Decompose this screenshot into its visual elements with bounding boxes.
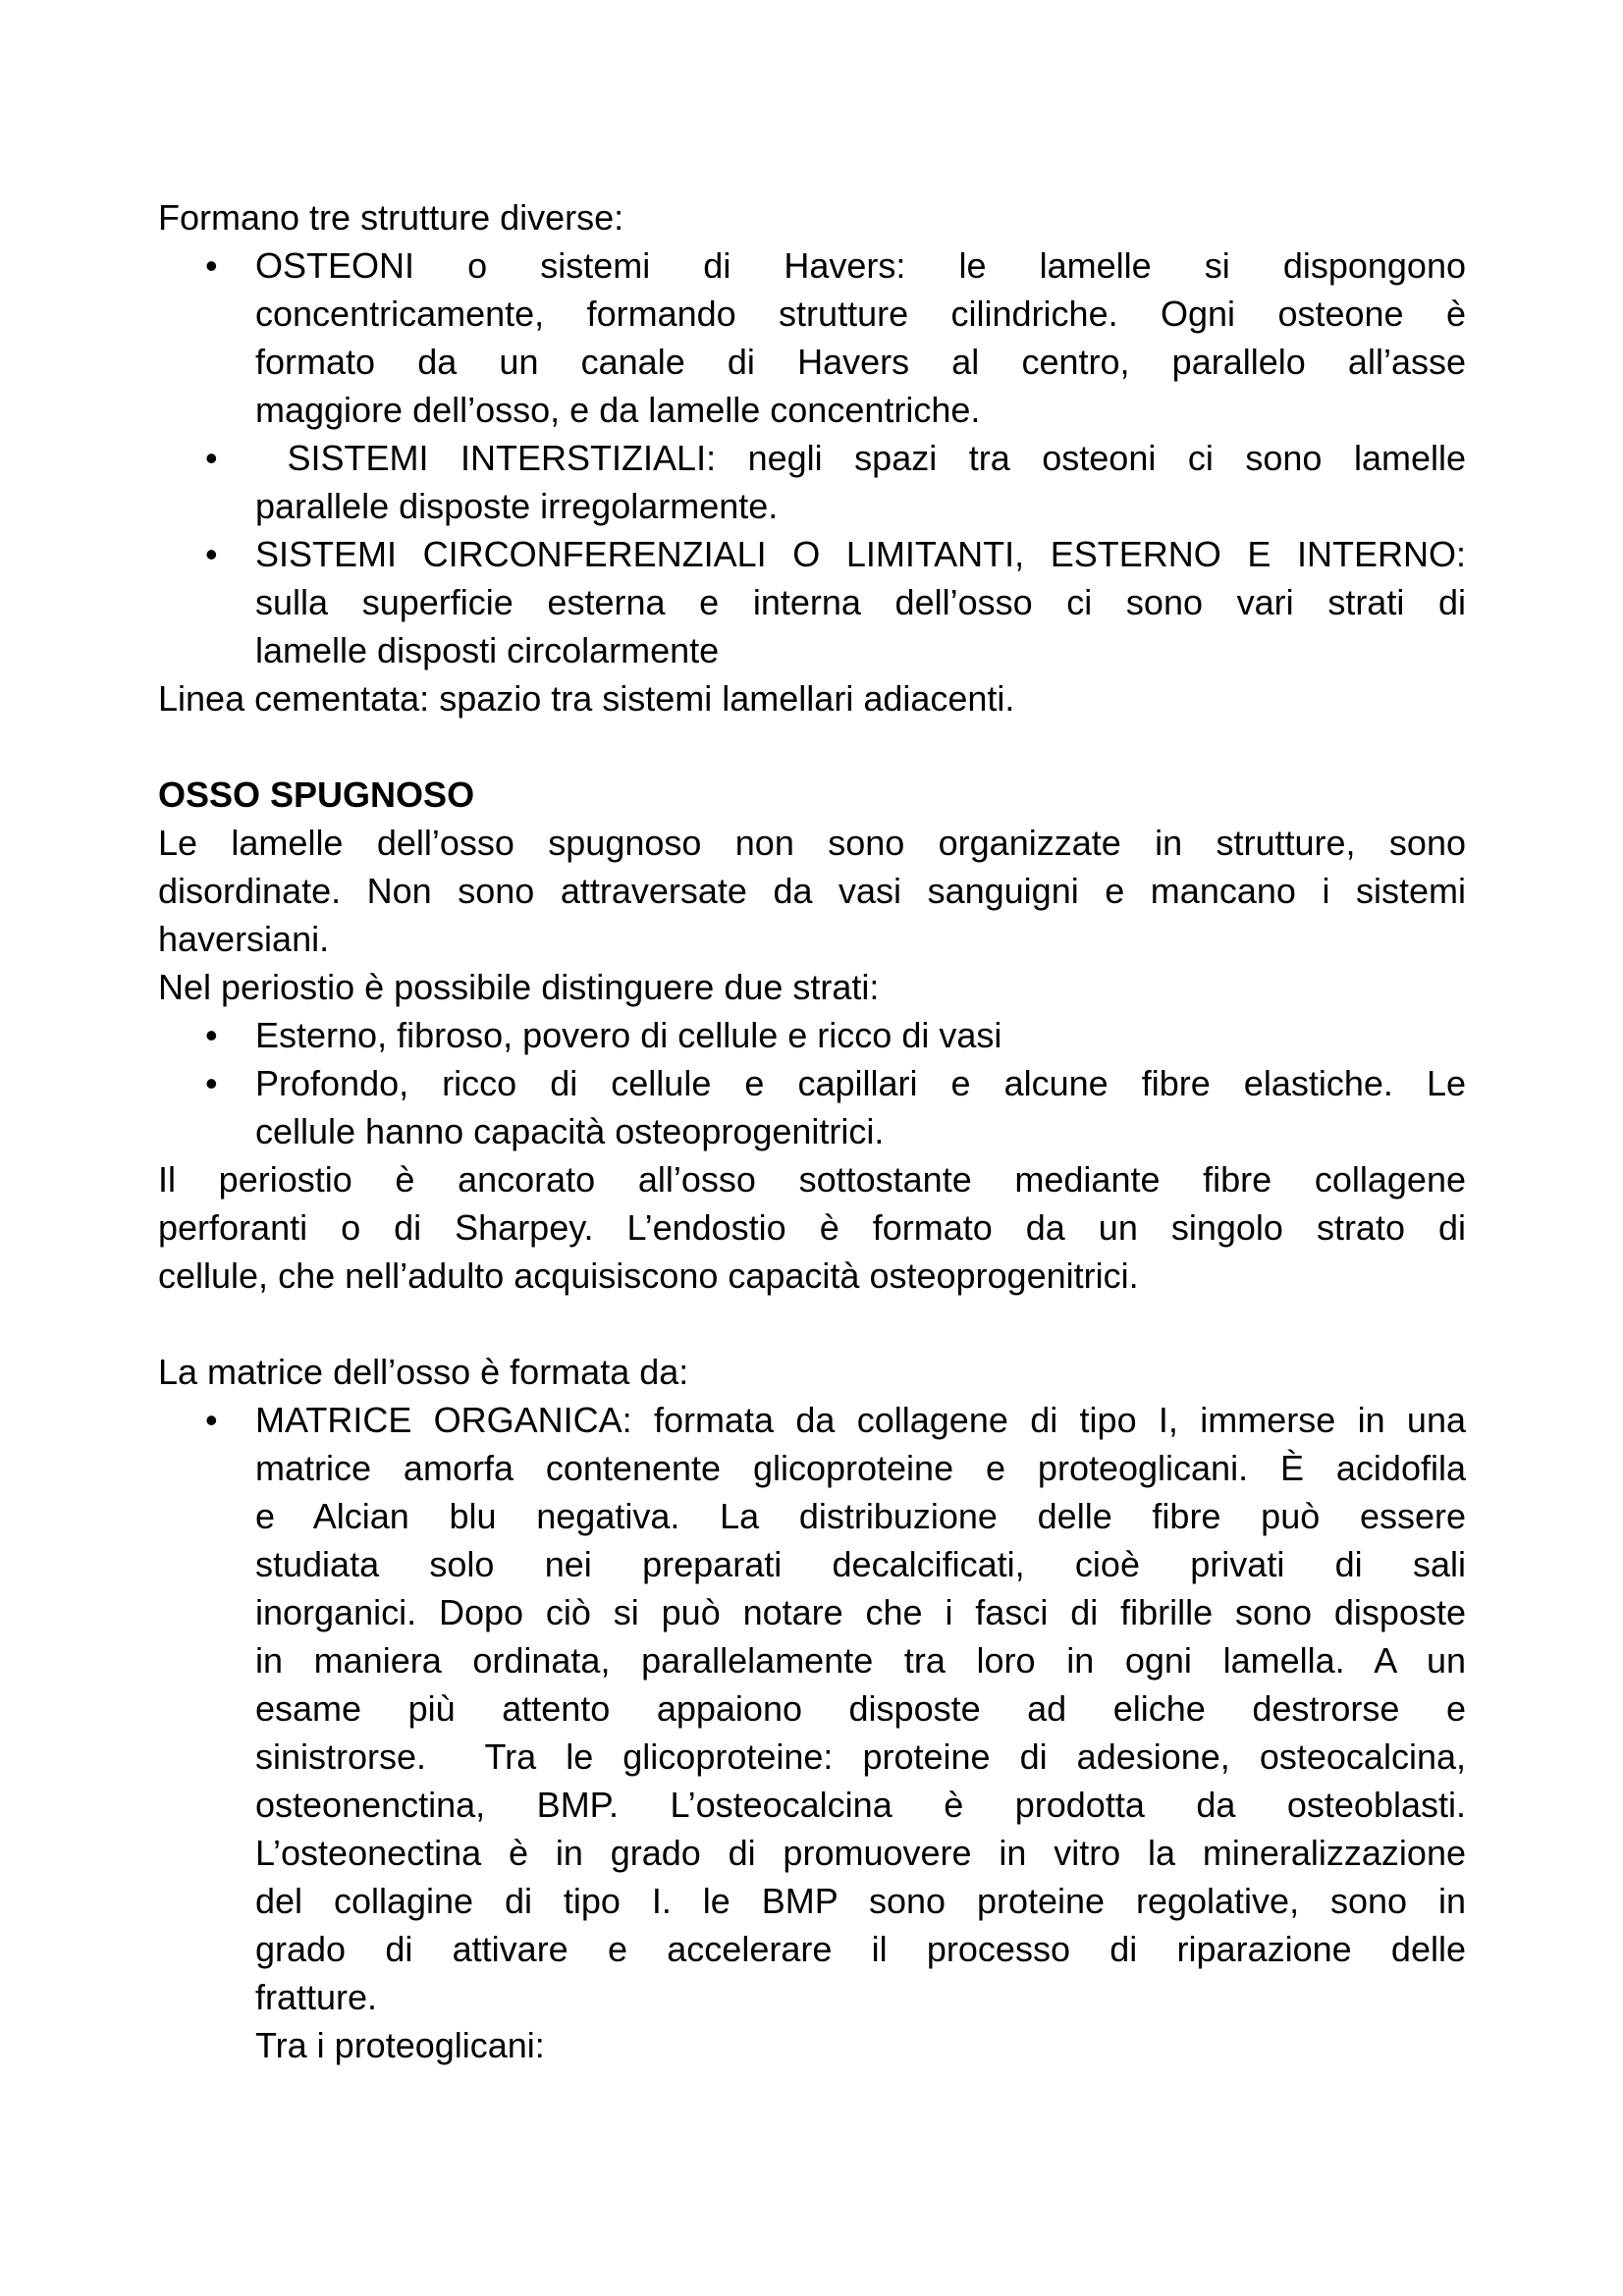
document-content: Formano tre strutture diverse:•OSTEONI o… [158, 193, 1466, 2069]
bullet-icon: • [205, 1011, 218, 1059]
text-line: inorganici. Dopo ciò si può notare che i… [255, 1588, 1466, 1636]
text-line: in maniera ordinata, parallelamente tra … [255, 1636, 1466, 1684]
text-line: maggiore dell’osso, e da lamelle concent… [255, 386, 1466, 434]
bullet-item: • SISTEMI INTERSTIZIALI: negli spazi tra… [255, 434, 1466, 530]
indented-paragraph: Tra i proteoglicani: [255, 2021, 1466, 2069]
text-line: haversiani. [158, 915, 1466, 963]
text-line: matrice amorfa contenente glicoproteine … [255, 1444, 1466, 1492]
text-line: Formano tre strutture diverse: [158, 193, 1466, 241]
section-heading: OSSO SPUGNOSO [158, 771, 1466, 819]
bullet-icon: • [205, 1059, 218, 1107]
bullet-item: •OSTEONI o sistemi di Havers: le lamelle… [255, 241, 1466, 434]
text-line: Nel periostio è possibile distinguere du… [158, 963, 1466, 1011]
text-line: del collagine di tipo I. le BMP sono pro… [255, 1877, 1466, 1925]
text-line: Tra i proteoglicani: [255, 2021, 1466, 2069]
text-line: SISTEMI INTERSTIZIALI: negli spazi tra o… [255, 434, 1466, 482]
bullet-item: •MATRICE ORGANICA: formata da collagene … [255, 1396, 1466, 2021]
paragraph: Il periostio è ancorato all’osso sottost… [158, 1155, 1466, 1300]
text-line: Le lamelle dell’osso spugnoso non sono o… [158, 819, 1466, 867]
text-line: Il periostio è ancorato all’osso sottost… [158, 1155, 1466, 1203]
bullet-item: •Profondo, ricco di cellule e capillari … [255, 1059, 1466, 1155]
text-line: Profondo, ricco di cellule e capillari e… [255, 1059, 1466, 1107]
paragraph: La matrice dell’osso è formata da: [158, 1348, 1466, 1396]
text-line: MATRICE ORGANICA: formata da collagene d… [255, 1396, 1466, 1444]
text-line: osteonenctina, BMP. L’osteocalcina è pro… [255, 1781, 1466, 1829]
text-line: OSSO SPUGNOSO [158, 771, 1466, 819]
bullet-icon: • [205, 530, 218, 578]
blank-line [158, 722, 1466, 771]
bullet-icon: • [205, 241, 218, 290]
text-line: OSTEONI o sistemi di Havers: le lamelle … [255, 241, 1466, 290]
paragraph: Formano tre strutture diverse: [158, 193, 1466, 241]
text-line: Esterno, fibroso, povero di cellule e ri… [255, 1011, 1466, 1059]
paragraph: Linea cementata: spazio tra sistemi lame… [158, 674, 1466, 722]
bullet-icon: • [205, 1396, 218, 1444]
text-line: perforanti o di Sharpey. L’endostio è fo… [158, 1203, 1466, 1252]
text-line: formato da un canale di Havers al centro… [255, 338, 1466, 386]
bullet-item: •SISTEMI CIRCONFERENZIALI O LIMITANTI, E… [255, 530, 1466, 674]
text-line: parallele disposte irregolarmente. [255, 482, 1466, 530]
text-line: L’osteonectina è in grado di promuovere … [255, 1829, 1466, 1877]
text-line: lamelle disposti circolarmente [255, 626, 1466, 674]
text-line: cellule hanno capacità osteoprogenitrici… [255, 1107, 1466, 1155]
text-line: fratture. [255, 1973, 1466, 2021]
text-line: disordinate. Non sono attraversate da va… [158, 867, 1466, 915]
text-line: cellule, che nell’adulto acquisiscono ca… [158, 1252, 1466, 1300]
text-line: sulla superficie esterna e interna dell’… [255, 578, 1466, 626]
paragraph: Nel periostio è possibile distinguere du… [158, 963, 1466, 1011]
paragraph: Le lamelle dell’osso spugnoso non sono o… [158, 819, 1466, 963]
text-line: studiata solo nei preparati decalcificat… [255, 1540, 1466, 1588]
bullet-icon: • [205, 434, 218, 482]
text-line: La matrice dell’osso è formata da: [158, 1348, 1466, 1396]
text-line: esame più attento appaiono disposte ad e… [255, 1684, 1466, 1733]
blank-line [158, 1300, 1466, 1348]
text-line: Linea cementata: spazio tra sistemi lame… [158, 674, 1466, 722]
text-line: e Alcian blu negativa. La distribuzione … [255, 1492, 1466, 1540]
document-page: Formano tre strutture diverse:•OSTEONI o… [0, 0, 1623, 2296]
text-line: concentricamente, formando strutture cil… [255, 290, 1466, 338]
text-line: grado di attivare e accelerare il proces… [255, 1925, 1466, 1973]
bullet-item: •Esterno, fibroso, povero di cellule e r… [255, 1011, 1466, 1059]
text-line: sinistrorse. Tra le glicoproteine: prote… [255, 1733, 1466, 1781]
text-line: SISTEMI CIRCONFERENZIALI O LIMITANTI, ES… [255, 530, 1466, 578]
